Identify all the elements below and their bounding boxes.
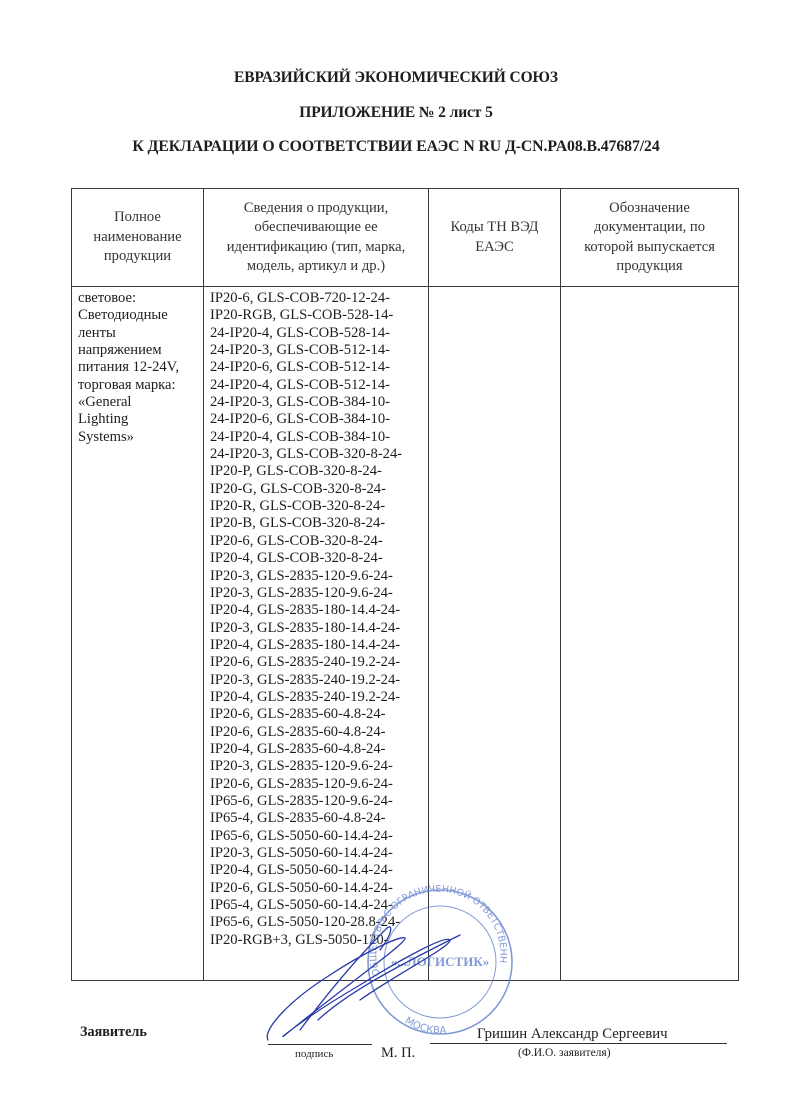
header-line: идентификацию (тип, марка, [204,238,428,258]
header-line: Обозначение [561,199,738,219]
applicant-label: Заявитель [80,1024,147,1041]
header-line: Сведения о продукции, [204,199,428,219]
cell-line: «General [78,394,203,411]
cell-line: 24-IP20-3, GLS-COB-384-10- [210,394,428,411]
cell-line: IP20-G, GLS-COB-320-8-24- [210,481,428,498]
cell-line: IP20-6, GLS-2835-60-4.8-24- [210,724,428,741]
cell-line: IP65-6, GLS-5050-60-14.4-24- [210,828,428,845]
signature-line [268,1044,372,1045]
cell-line: IP20-6, GLS-COB-720-12-24- [210,290,428,307]
products-table: Полноенаименованиепродукции Сведения о п… [71,188,739,981]
cell-line: IP20-P, GLS-COB-320-8-24- [210,463,428,480]
header-line: продукция [561,257,738,277]
cell-line: IP20-4, GLS-2835-240-19.2-24- [210,689,428,706]
header-line: Коды ТН ВЭД [429,218,560,238]
cell-line: 24-IP20-6, GLS-COB-512-14- [210,359,428,376]
cell-line: IP20-4, GLS-5050-60-14.4-24- [210,862,428,879]
cell-product-name: световое:Светодиодныелентынапряжениемпит… [72,287,204,981]
cell-line: IP20-6, GLS-2835-120-9.6-24- [210,776,428,793]
header-line: которой выпускается [561,238,738,258]
header-line: наименование [72,228,203,248]
cell-line: IP20-RGB+3, GLS-5050-120- [210,932,428,949]
cell-identification: IP20-6, GLS-COB-720-12-24-IP20-RGB, GLS-… [204,287,429,981]
cell-line: IP20-3, GLS-2835-180-14.4-24- [210,620,428,637]
signature-caption: подпись [295,1048,333,1060]
cell-line: IP20-RGB, GLS-COB-528-14- [210,307,428,324]
cell-line: питания 12-24V, [78,359,203,376]
cell-line: IP20-4, GLS-2835-180-14.4-24- [210,602,428,619]
cell-line: IP20-4, GLS-COB-320-8-24- [210,550,428,567]
cell-line: IP20-6, GLS-5050-60-14.4-24- [210,880,428,897]
cell-line: Systems» [78,429,203,446]
cell-line: IP20-3, GLS-2835-120-9.6-24- [210,585,428,602]
header-line: документации, по [561,218,738,238]
cell-line: 24-IP20-4, GLS-COB-528-14- [210,325,428,342]
header-line: продукции [72,247,203,267]
seal-label: М. П. [381,1045,415,1062]
cell-line: IP20-3, GLS-5050-60-14.4-24- [210,845,428,862]
cell-line: 24-IP20-3, GLS-COB-512-14- [210,342,428,359]
name-line [430,1043,727,1044]
cell-line: IP65-4, GLS-2835-60-4.8-24- [210,810,428,827]
header-line: Полное [72,208,203,228]
svg-text:МОСКВА: МОСКВА [403,1015,447,1036]
cell-documentation [561,287,739,981]
header-line: модель, артикул и др.) [204,257,428,277]
cell-line: IP20-4, GLS-2835-180-14.4-24- [210,637,428,654]
appendix-title: ПРИЛОЖЕНИЕ № 2 лист 5 [0,104,792,122]
header-line: ЕАЭС [429,238,560,258]
cell-line: Lighting [78,411,203,428]
name-caption: (Ф.И.О. заявителя) [518,1047,611,1059]
cell-line: IP20-R, GLS-COB-320-8-24- [210,498,428,515]
col-header-identification: Сведения о продукции,обеспечивающие ееид… [204,189,429,287]
col-header-codes: Коды ТН ВЭДЕАЭС [429,189,561,287]
cell-line: световое: [78,290,203,307]
cell-line: IP65-4, GLS-5050-60-14.4-24- [210,897,428,914]
col-header-product-name: Полноенаименованиепродукции [72,189,204,287]
cell-line: IP20-6, GLS-COB-320-8-24- [210,533,428,550]
cell-line: 24-IP20-3, GLS-COB-320-8-24- [210,446,428,463]
cell-line: IP20-6, GLS-2835-240-19.2-24- [210,654,428,671]
cell-line: напряжением [78,342,203,359]
cell-line: IP20-3, GLS-2835-120-9.6-24- [210,758,428,775]
applicant-name: Гришин Александр Сергеевич [477,1026,668,1043]
cell-line: IP20-6, GLS-2835-60-4.8-24- [210,706,428,723]
cell-line: IP65-6, GLS-5050-120-28.8-24- [210,914,428,931]
cell-line: ленты [78,325,203,342]
cell-line: торговая марка: [78,377,203,394]
table-header-row: Полноенаименованиепродукции Сведения о п… [72,189,739,287]
cell-line: IP20-3, GLS-2835-240-19.2-24- [210,672,428,689]
cell-line: IP65-6, GLS-2835-120-9.6-24- [210,793,428,810]
union-title: ЕВРАЗИЙСКИЙ ЭКОНОМИЧЕСКИЙ СОЮЗ [0,69,792,87]
cell-line: 24-IP20-4, GLS-COB-512-14- [210,377,428,394]
header-line: обеспечивающие ее [204,218,428,238]
declaration-title: К ДЕКЛАРАЦИИ О СООТВЕТСТВИИ ЕАЭС N RU Д-… [0,138,792,156]
col-header-documentation: Обозначениедокументации, покоторой выпус… [561,189,739,287]
cell-line: IP20-B, GLS-COB-320-8-24- [210,515,428,532]
table-row: световое:Светодиодныелентынапряжениемпит… [72,287,739,981]
cell-line: IP20-4, GLS-2835-60-4.8-24- [210,741,428,758]
cell-line: 24-IP20-4, GLS-COB-384-10- [210,429,428,446]
cell-line: Светодиодные [78,307,203,324]
cell-line: 24-IP20-6, GLS-COB-384-10- [210,411,428,428]
cell-codes [429,287,561,981]
cell-line: IP20-3, GLS-2835-120-9.6-24- [210,568,428,585]
